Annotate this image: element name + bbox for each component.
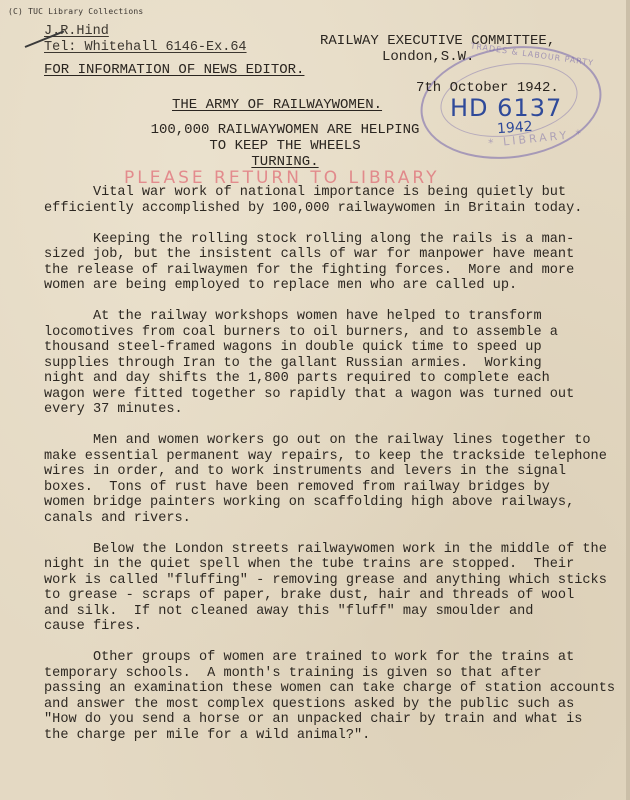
text-line: wagon were fitted together so rapidly th… — [44, 387, 624, 403]
text-line: temporary schools. A month's training is… — [44, 666, 624, 682]
paragraph: At the railway workshops women have help… — [44, 309, 624, 418]
handwritten-classmark: HD 6137 — [450, 94, 562, 122]
text-line: and answer the most complex questions as… — [44, 697, 624, 713]
text-line: and silk. If not cleaned away this "fluf… — [44, 604, 624, 620]
text-line: boxes. Tons of rust have been removed fr… — [44, 480, 624, 496]
text-line: women are being employed to replace men … — [44, 278, 624, 294]
text-line: Men and women workers go out on the rail… — [44, 433, 624, 449]
text-line: every 37 minutes. — [44, 402, 624, 418]
paragraph: Other groups of women are trained to wor… — [44, 650, 624, 743]
sender-telephone: Tel: Whitehall 6146-Ex.64 — [44, 40, 247, 56]
text-line: "How do you send a horse or an unpacked … — [44, 712, 624, 728]
news-editor-notice: FOR INFORMATION OF NEWS EDITOR. — [44, 62, 304, 78]
text-line: Other groups of women are trained to wor… — [44, 650, 624, 666]
page-edge — [626, 0, 630, 800]
text-line: cause fires. — [44, 619, 624, 635]
text-line: women bridge painters working on scaffol… — [44, 495, 624, 511]
text-line: sized job, but the insistent calls of wa… — [44, 247, 624, 263]
subtitle-line: TO KEEP THE WHEELS — [140, 138, 430, 154]
text-line: make essential permanent way repairs, to… — [44, 449, 624, 465]
sender-name: J.R.Hind — [44, 24, 247, 40]
text-line: work is called "fluffing" - removing gre… — [44, 573, 624, 589]
handwritten-year: 1942 — [496, 119, 533, 137]
copyright-watermark: (C) TUC Library Collections — [8, 7, 143, 16]
document-subtitle: 100,000 RAILWAYWOMEN ARE HELPING TO KEEP… — [140, 122, 430, 170]
text-line: At the railway workshops women have help… — [44, 309, 624, 325]
subtitle-line: 100,000 RAILWAYWOMEN ARE HELPING — [140, 122, 430, 138]
document-title: THE ARMY OF RAILWAYWOMEN. — [172, 97, 382, 113]
text-line: supplies through Iran to the gallant Rus… — [44, 356, 624, 372]
article-body: Vital war work of national importance is… — [44, 185, 624, 759]
text-line: locomotives from coal burners to oil bur… — [44, 325, 624, 341]
text-line: efficiently accomplished by 100,000 rail… — [44, 201, 624, 217]
text-line: the charge per mile for a wild animal?". — [44, 728, 624, 744]
text-line: wires in order, and to work instruments … — [44, 464, 624, 480]
text-line: night and day shifts the 1,800 parts req… — [44, 371, 624, 387]
paragraph: Below the London streets railwaywomen wo… — [44, 542, 624, 635]
text-line: passing an examination these women can t… — [44, 681, 624, 697]
text-line: Vital war work of national importance is… — [44, 185, 624, 201]
text-line: thousand steel-framed wagons in double q… — [44, 340, 624, 356]
sender-block: J.R.Hind Tel: Whitehall 6146-Ex.64 — [44, 24, 247, 56]
paragraph: Vital war work of national importance is… — [44, 185, 624, 216]
paragraph: Keeping the rolling stock rolling along … — [44, 232, 624, 294]
text-line: Below the London streets railwaywomen wo… — [44, 542, 624, 558]
paragraph: Men and women workers go out on the rail… — [44, 433, 624, 526]
text-line: to grease - scraps of paper, brake dust,… — [44, 588, 624, 604]
text-line: night in the quiet spell when the tube t… — [44, 557, 624, 573]
text-line: Keeping the rolling stock rolling along … — [44, 232, 624, 248]
text-line: canals and rivers. — [44, 511, 624, 527]
text-line: the release of railwaymen for the fighti… — [44, 263, 624, 279]
